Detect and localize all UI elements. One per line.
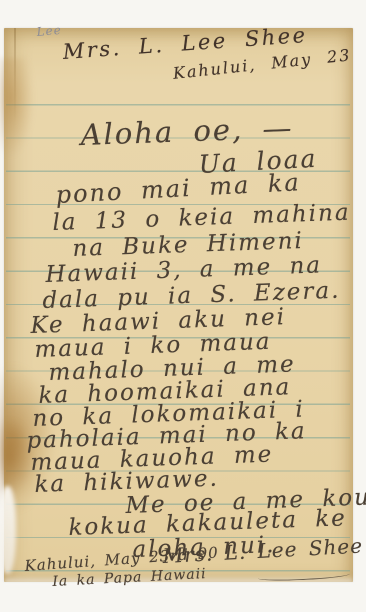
- crease-top-left: [14, 28, 16, 123]
- pencil-annotation: Lee: [36, 23, 62, 39]
- scan-background: { "letter": { "pencil_annotation": "Lee"…: [0, 0, 366, 612]
